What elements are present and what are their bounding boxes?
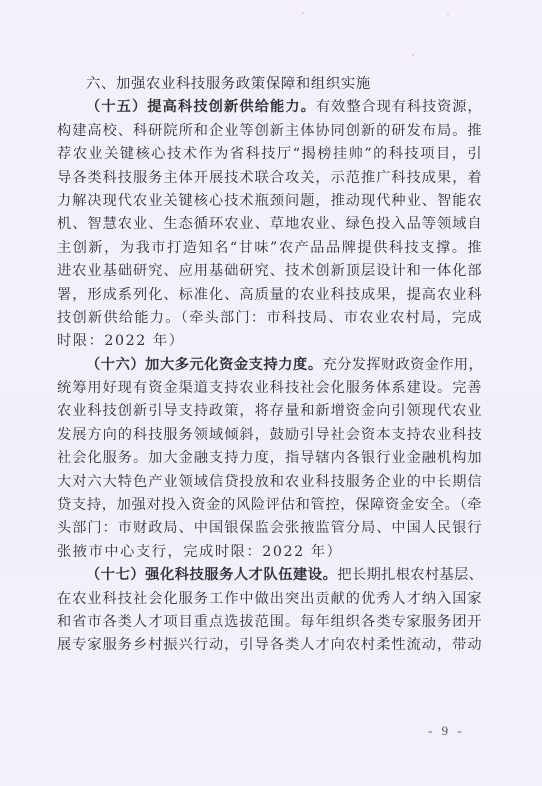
document-body: 六、加强农业科技服务政策保障和组织实施 （十五）提高科技创新供给能力。有效整合现… bbox=[57, 73, 482, 658]
paragraph-16-line: 头部门：市财政局、中国银保监会张掖监管分局、中国人民银行 bbox=[57, 517, 482, 540]
paragraph-15-line: 进农业基础研究、应用基础研究、技术创新顶层设计和一体化部 bbox=[57, 260, 482, 283]
paragraph-17-text: 把长期扎根农村基层、 bbox=[337, 567, 483, 583]
paragraph-16-line-0: （十六）加大多元化资金支持力度。充分发挥财政资金作用， bbox=[57, 354, 482, 377]
paragraph-17-title: （十七）强化科技服务人才队伍建设。 bbox=[86, 567, 337, 583]
paragraph-17-line: 展专家服务乡村振兴行动，引导各类人才向农村柔性流动，带动 bbox=[57, 634, 482, 657]
paragraph-16-line: 发展方向的科技服务领域倾斜，鼓励引导社会资本支持农业科技 bbox=[57, 424, 482, 447]
paragraph-16-text: 充分发挥财政资金作用， bbox=[323, 357, 483, 373]
paragraph-17-line-0: （十七）强化科技服务人才队伍建设。把长期扎根农村基层、 bbox=[57, 564, 482, 587]
paragraph-15-line: 机、智慧农业、生态循环农业、草地农业、绿色投入品等领域自 bbox=[57, 213, 482, 236]
paragraph-15-title: （十五）提高科技创新供给能力。 bbox=[86, 99, 316, 115]
paragraph-15-line: 构建高校、科研院所和企业等创新主体协同创新的研发布局。推 bbox=[57, 120, 482, 143]
paragraph-15-line-0: （十五）提高科技创新供给能力。有效整合现有科技资源， bbox=[57, 96, 482, 119]
paragraph-16-title: （十六）加大多元化资金支持力度。 bbox=[86, 357, 323, 373]
scan-speck bbox=[412, 54, 414, 56]
paragraph-15-line: 主创新，为我市打造知名“甘味”农产品品牌提供科技支撑。推 bbox=[57, 237, 482, 260]
section-heading: 六、加强农业科技服务政策保障和组织实施 bbox=[57, 73, 482, 96]
scan-speck bbox=[302, 12, 304, 14]
paragraph-16-line: 统筹用好现有资金渠道支持农业科技社会化服务体系建设。完善 bbox=[57, 377, 482, 400]
paragraph-17-line: 和省市各类人才项目重点选拔范围。每年组织各类专家服务团开 bbox=[57, 611, 482, 634]
paragraph-16-line: 大对六大特色产业领域信贷投放和农业科技服务企业的中长期信 bbox=[57, 471, 482, 494]
paragraph-15-line: 时限：2022 年） bbox=[57, 330, 482, 353]
paragraph-15-line: 署，形成系列化、标准化、高质量的农业科技成果，提高农业科 bbox=[57, 284, 482, 307]
page-number: - 9 - bbox=[428, 723, 465, 739]
paragraph-16-line: 贷支持，加强对投入资金的风险评估和管控，保障资金安全。（牵 bbox=[57, 494, 482, 517]
paragraph-16-line: 农业科技创新引导支持政策，将存量和新增资金向引领现代农业 bbox=[57, 400, 482, 423]
paragraph-16-line: 社会化服务。加大金融支持力度，指导辖内各银行业金融机构加 bbox=[57, 447, 482, 470]
paragraph-15-text: 有效整合现有科技资源， bbox=[316, 99, 482, 115]
paragraph-15-line: 荐农业关键核心技术作为省科技厅“揭榜挂帅”的科技项目，引 bbox=[57, 143, 482, 166]
scan-speck bbox=[447, 13, 449, 15]
paragraph-15-line: 力解决现代农业关键核心技术瓶颈问题，推动现代种业、智能农 bbox=[57, 190, 482, 213]
paragraph-17-line: 在农业科技社会化服务工作中做出突出贡献的优秀人才纳入国家 bbox=[57, 588, 482, 611]
document-page: 六、加强农业科技服务政策保障和组织实施 （十五）提高科技创新供给能力。有效整合现… bbox=[0, 0, 542, 786]
paragraph-15-line: 技创新供给能力。（牵头部门：市科技局、市农业农村局，完成 bbox=[57, 307, 482, 330]
paragraph-16-line: 张掖市中心支行，完成时限：2022 年） bbox=[57, 541, 482, 564]
paragraph-15-line: 导各类科技服务主体开展技术联合攻关，示范推广科技成果，着 bbox=[57, 167, 482, 190]
